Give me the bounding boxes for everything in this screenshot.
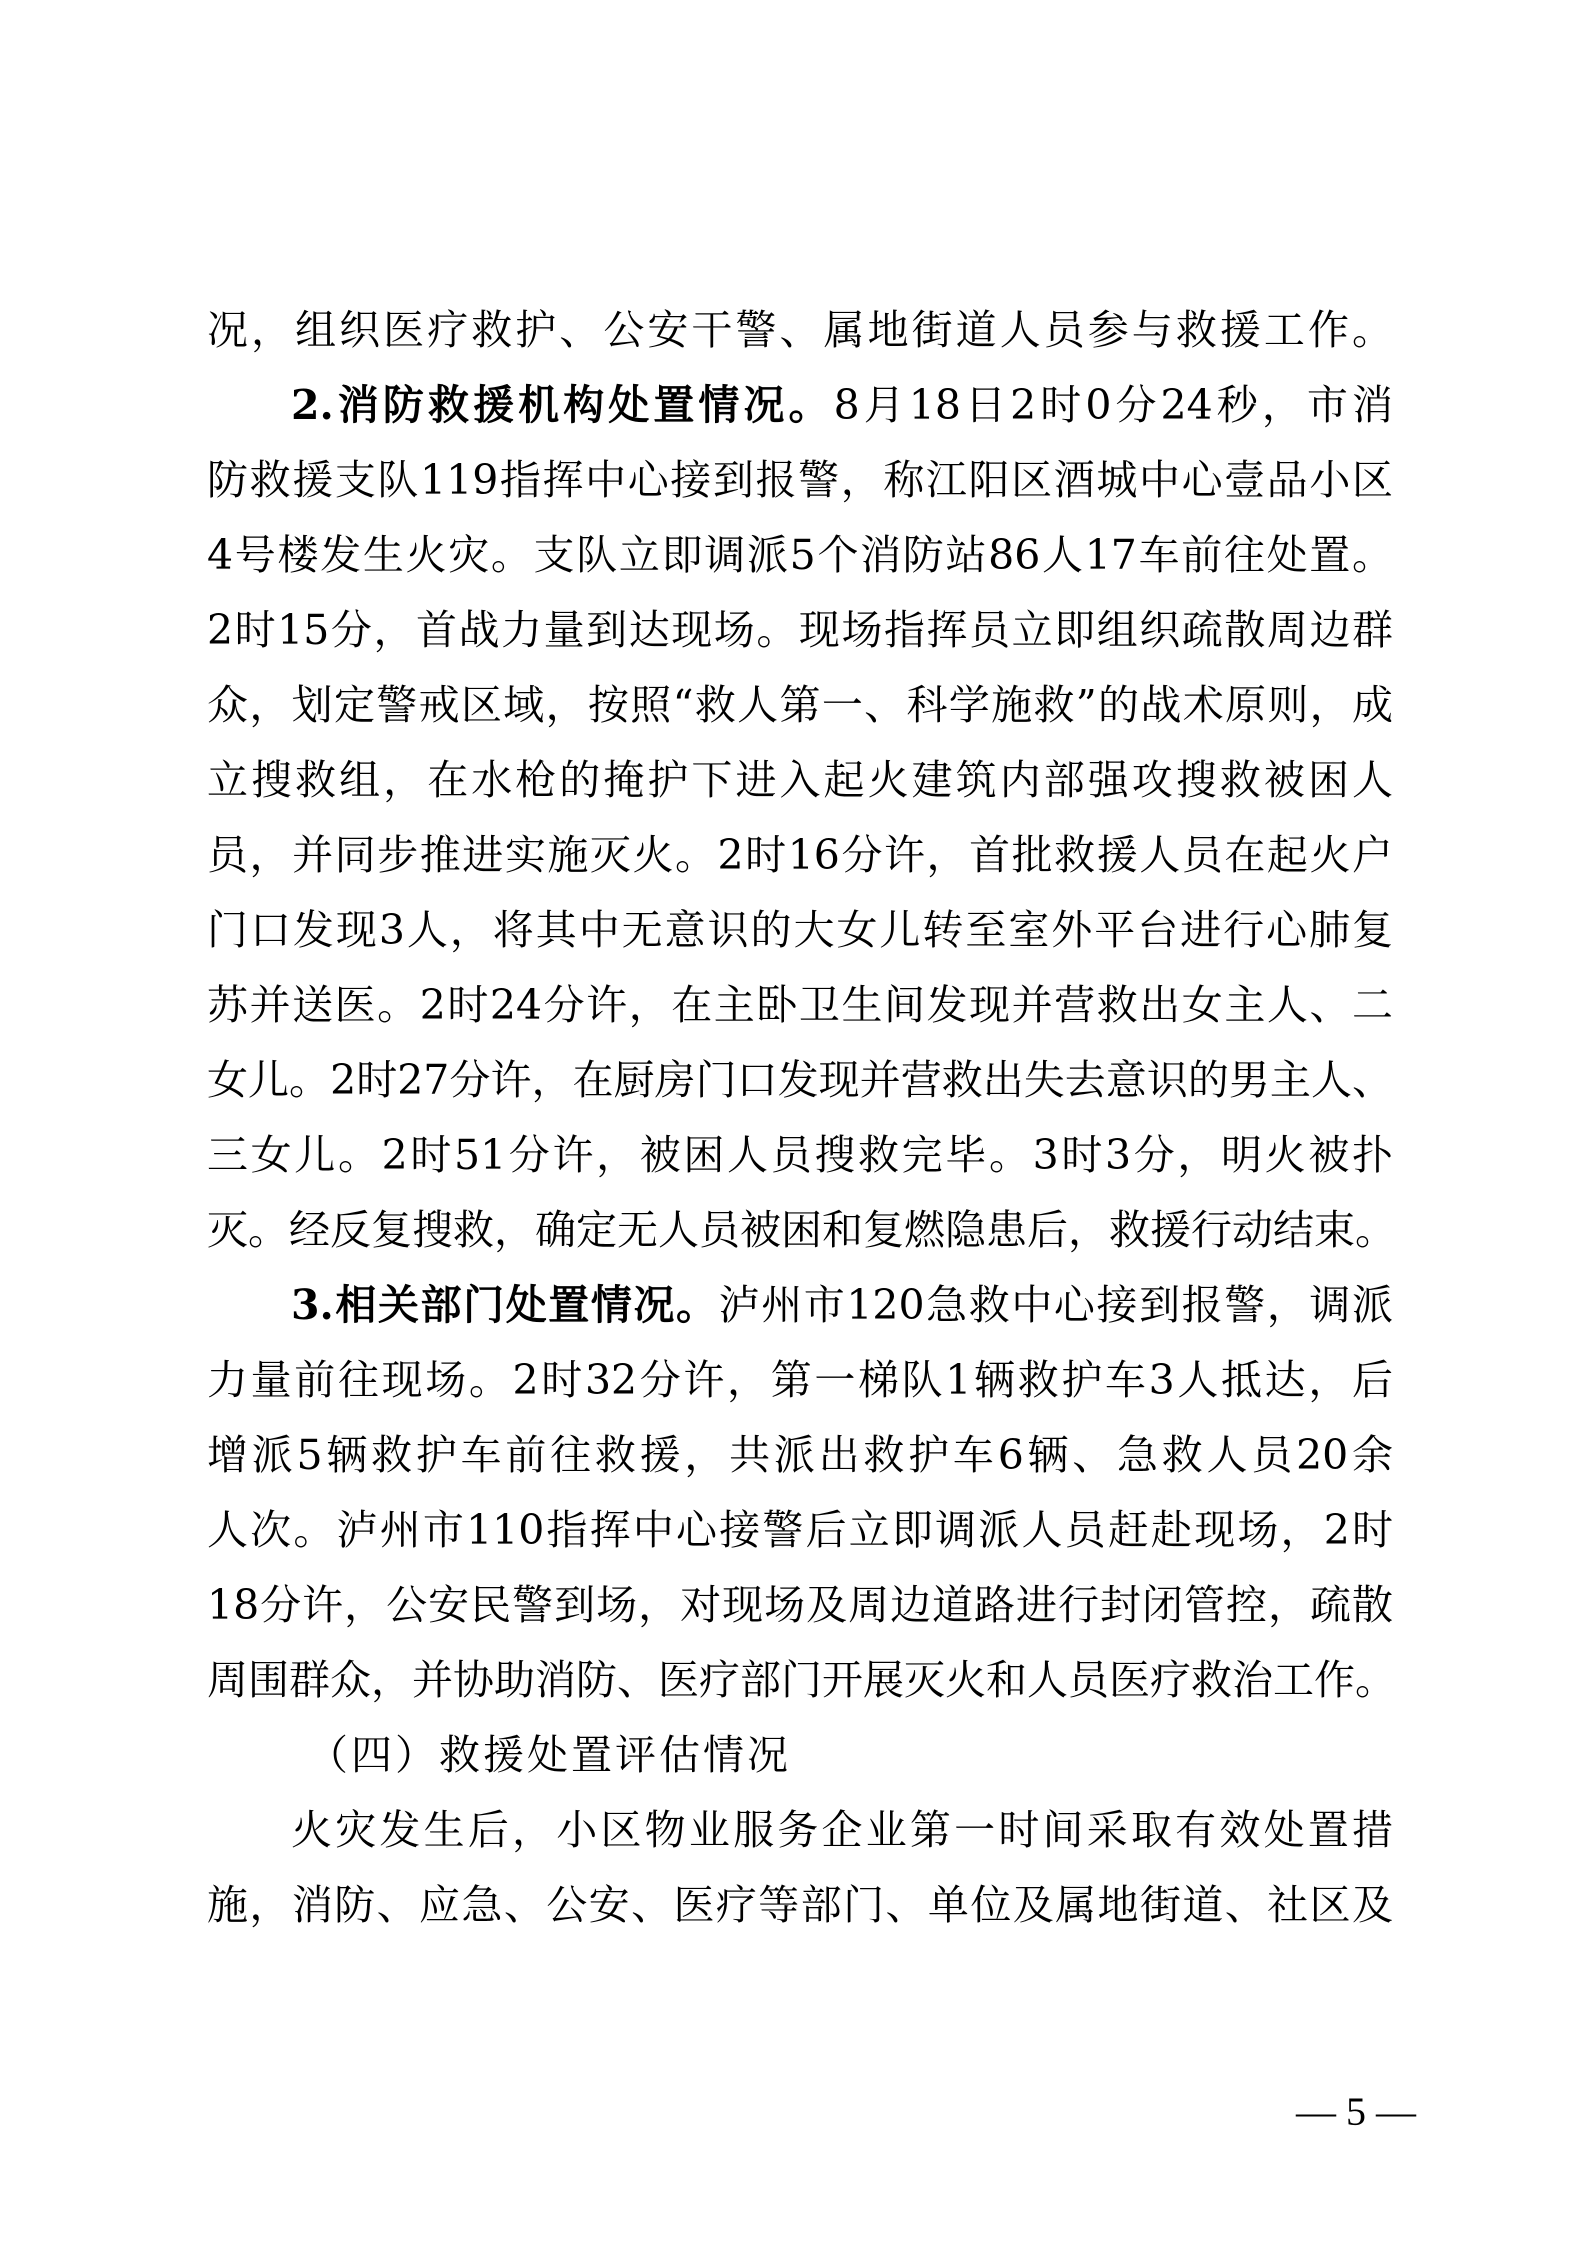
line-text: 18分许，公安民警到场，对现场及周边道路进行封闭管控，疏散 [207,1581,1393,1629]
paragraph-line: 人次。泸州市110指挥中心接警后立即调派人员赶赴现场，2时 [207,1493,1393,1568]
line-text: 苏并送医。2时24分许，在主卧卫生间发现并营救出女主人、二 [207,981,1393,1029]
line-text: 立搜救组，在水枪的掩护下进入起火建筑内部强攻搜救被困人 [207,756,1393,804]
paragraph-line: 火灾发生后，小区物业服务企业第一时间采取有效处置措 [207,1793,1393,1868]
paragraph-line: 防救援支队119指挥中心接到报警，称江阳区酒城中心壹品小区 [207,443,1393,518]
line-text: 人次。泸州市110指挥中心接警后立即调派人员赶赴现场，2时 [207,1506,1393,1554]
paragraph-line: 灭。经反复搜救，确定无人员被困和复燃隐患后，救援行动结束。 [207,1193,1393,1268]
page-number: — 5 — [1296,2088,1406,2136]
line-text: 门口发现3人，将其中无意识的大女儿转至室外平台进行心肺复 [207,906,1393,954]
paragraph-line: 众，划定警戒区域，按照“救人第一、科学施救”的战术原则，成 [207,668,1393,743]
subsection-title: （四）救援处置评估情况 [307,1731,791,1779]
paragraph-line: 苏并送医。2时24分许，在主卧卫生间发现并营救出女主人、二 [207,968,1393,1043]
line-text: 灭。经反复搜救，确定无人员被困和复燃隐患后，救援行动结束。 [207,1206,1396,1254]
line-text: 2时15分，首战力量到达现场。现场指挥员立即组织疏散周边群 [207,606,1393,654]
line-text: 8月18日2时0分24秒，市消 [834,381,1393,429]
paragraph-line: 力量前往现场。2时32分许，第一梯队1辆救护车3人抵达，后 [207,1343,1393,1418]
line-text: 周围群众，并协助消防、医疗部门开展灭火和人员医疗救治工作。 [207,1656,1396,1704]
paragraph-line: 门口发现3人，将其中无意识的大女儿转至室外平台进行心肺复 [207,893,1393,968]
paragraph-line: 三女儿。2时51分许，被困人员搜救完毕。3时3分，明火被扑 [207,1118,1393,1193]
line-text: 火灾发生后，小区物业服务企业第一时间采取有效处置措 [291,1806,1393,1854]
line-text: 女儿。2时27分许，在厨房门口发现并营救出失去意识的男主人、 [207,1056,1393,1104]
paragraph-line: 4号楼发生火灾。支队立即调派5个消防站86人17车前往处置。 [207,518,1393,593]
section-title-related-departments: 3.相关部门处置情况。 [291,1281,719,1329]
line-text: 员，并同步推进实施灭火。2时16分许，首批救援人员在起火户 [207,831,1393,879]
paragraph-line: 施，消防、应急、公安、医疗等部门、单位及属地街道、社区及 [207,1868,1393,1943]
line-text: 防救援支队119指挥中心接到报警，称江阳区酒城中心壹品小区 [207,456,1393,504]
paragraph-line: 2时15分，首战力量到达现场。现场指挥员立即组织疏散周边群 [207,593,1393,668]
paragraph-line: 增派5辆救护车前往救援，共派出救护车6辆、急救人员20余 [207,1418,1393,1493]
section-title-fire-rescue: 2.消防救援机构处置情况。 [291,381,834,429]
paragraph-line: 立搜救组，在水枪的掩护下进入起火建筑内部强攻搜救被困人 [207,743,1393,818]
line-text: 增派5辆救护车前往救援，共派出救护车6辆、急救人员20余 [207,1431,1393,1479]
paragraph-line: 员，并同步推进实施灭火。2时16分许，首批救援人员在起火户 [207,818,1393,893]
line-text: 众，划定警戒区域，按照“救人第一、科学施救”的战术原则，成 [207,681,1393,729]
section-heading-related-departments: 3.相关部门处置情况。泸州市120急救中心接到报警，调派 [207,1268,1393,1343]
document-page: 况，组织医疗救护、公安干警、属地街道人员参与救援工作。 2.消防救援机构处置情况… [0,0,1587,2245]
subsection-heading-rescue-evaluation: （四）救援处置评估情况 [207,1718,1393,1793]
line-text: 况，组织医疗救护、公安干警、属地街道人员参与救援工作。 [207,306,1393,354]
paragraph-line: 18分许，公安民警到场，对现场及周边道路进行封闭管控，疏散 [207,1568,1393,1643]
body-text: 况，组织医疗救护、公安干警、属地街道人员参与救援工作。 2.消防救援机构处置情况… [207,293,1393,1943]
line-text: 4号楼发生火灾。支队立即调派5个消防站86人17车前往处置。 [207,531,1393,579]
paragraph-line: 况，组织医疗救护、公安干警、属地街道人员参与救援工作。 [207,293,1393,368]
line-text: 施，消防、应急、公安、医疗等部门、单位及属地街道、社区及 [207,1881,1393,1929]
line-text: 泸州市120急救中心接到报警，调派 [719,1281,1393,1329]
paragraph-line: 周围群众，并协助消防、医疗部门开展灭火和人员医疗救治工作。 [207,1643,1393,1718]
paragraph-line: 女儿。2时27分许，在厨房门口发现并营救出失去意识的男主人、 [207,1043,1393,1118]
line-text: 三女儿。2时51分许，被困人员搜救完毕。3时3分，明火被扑 [207,1131,1393,1179]
line-text: 力量前往现场。2时32分许，第一梯队1辆救护车3人抵达，后 [207,1356,1393,1404]
section-heading-fire-rescue: 2.消防救援机构处置情况。8月18日2时0分24秒，市消 [207,368,1393,443]
